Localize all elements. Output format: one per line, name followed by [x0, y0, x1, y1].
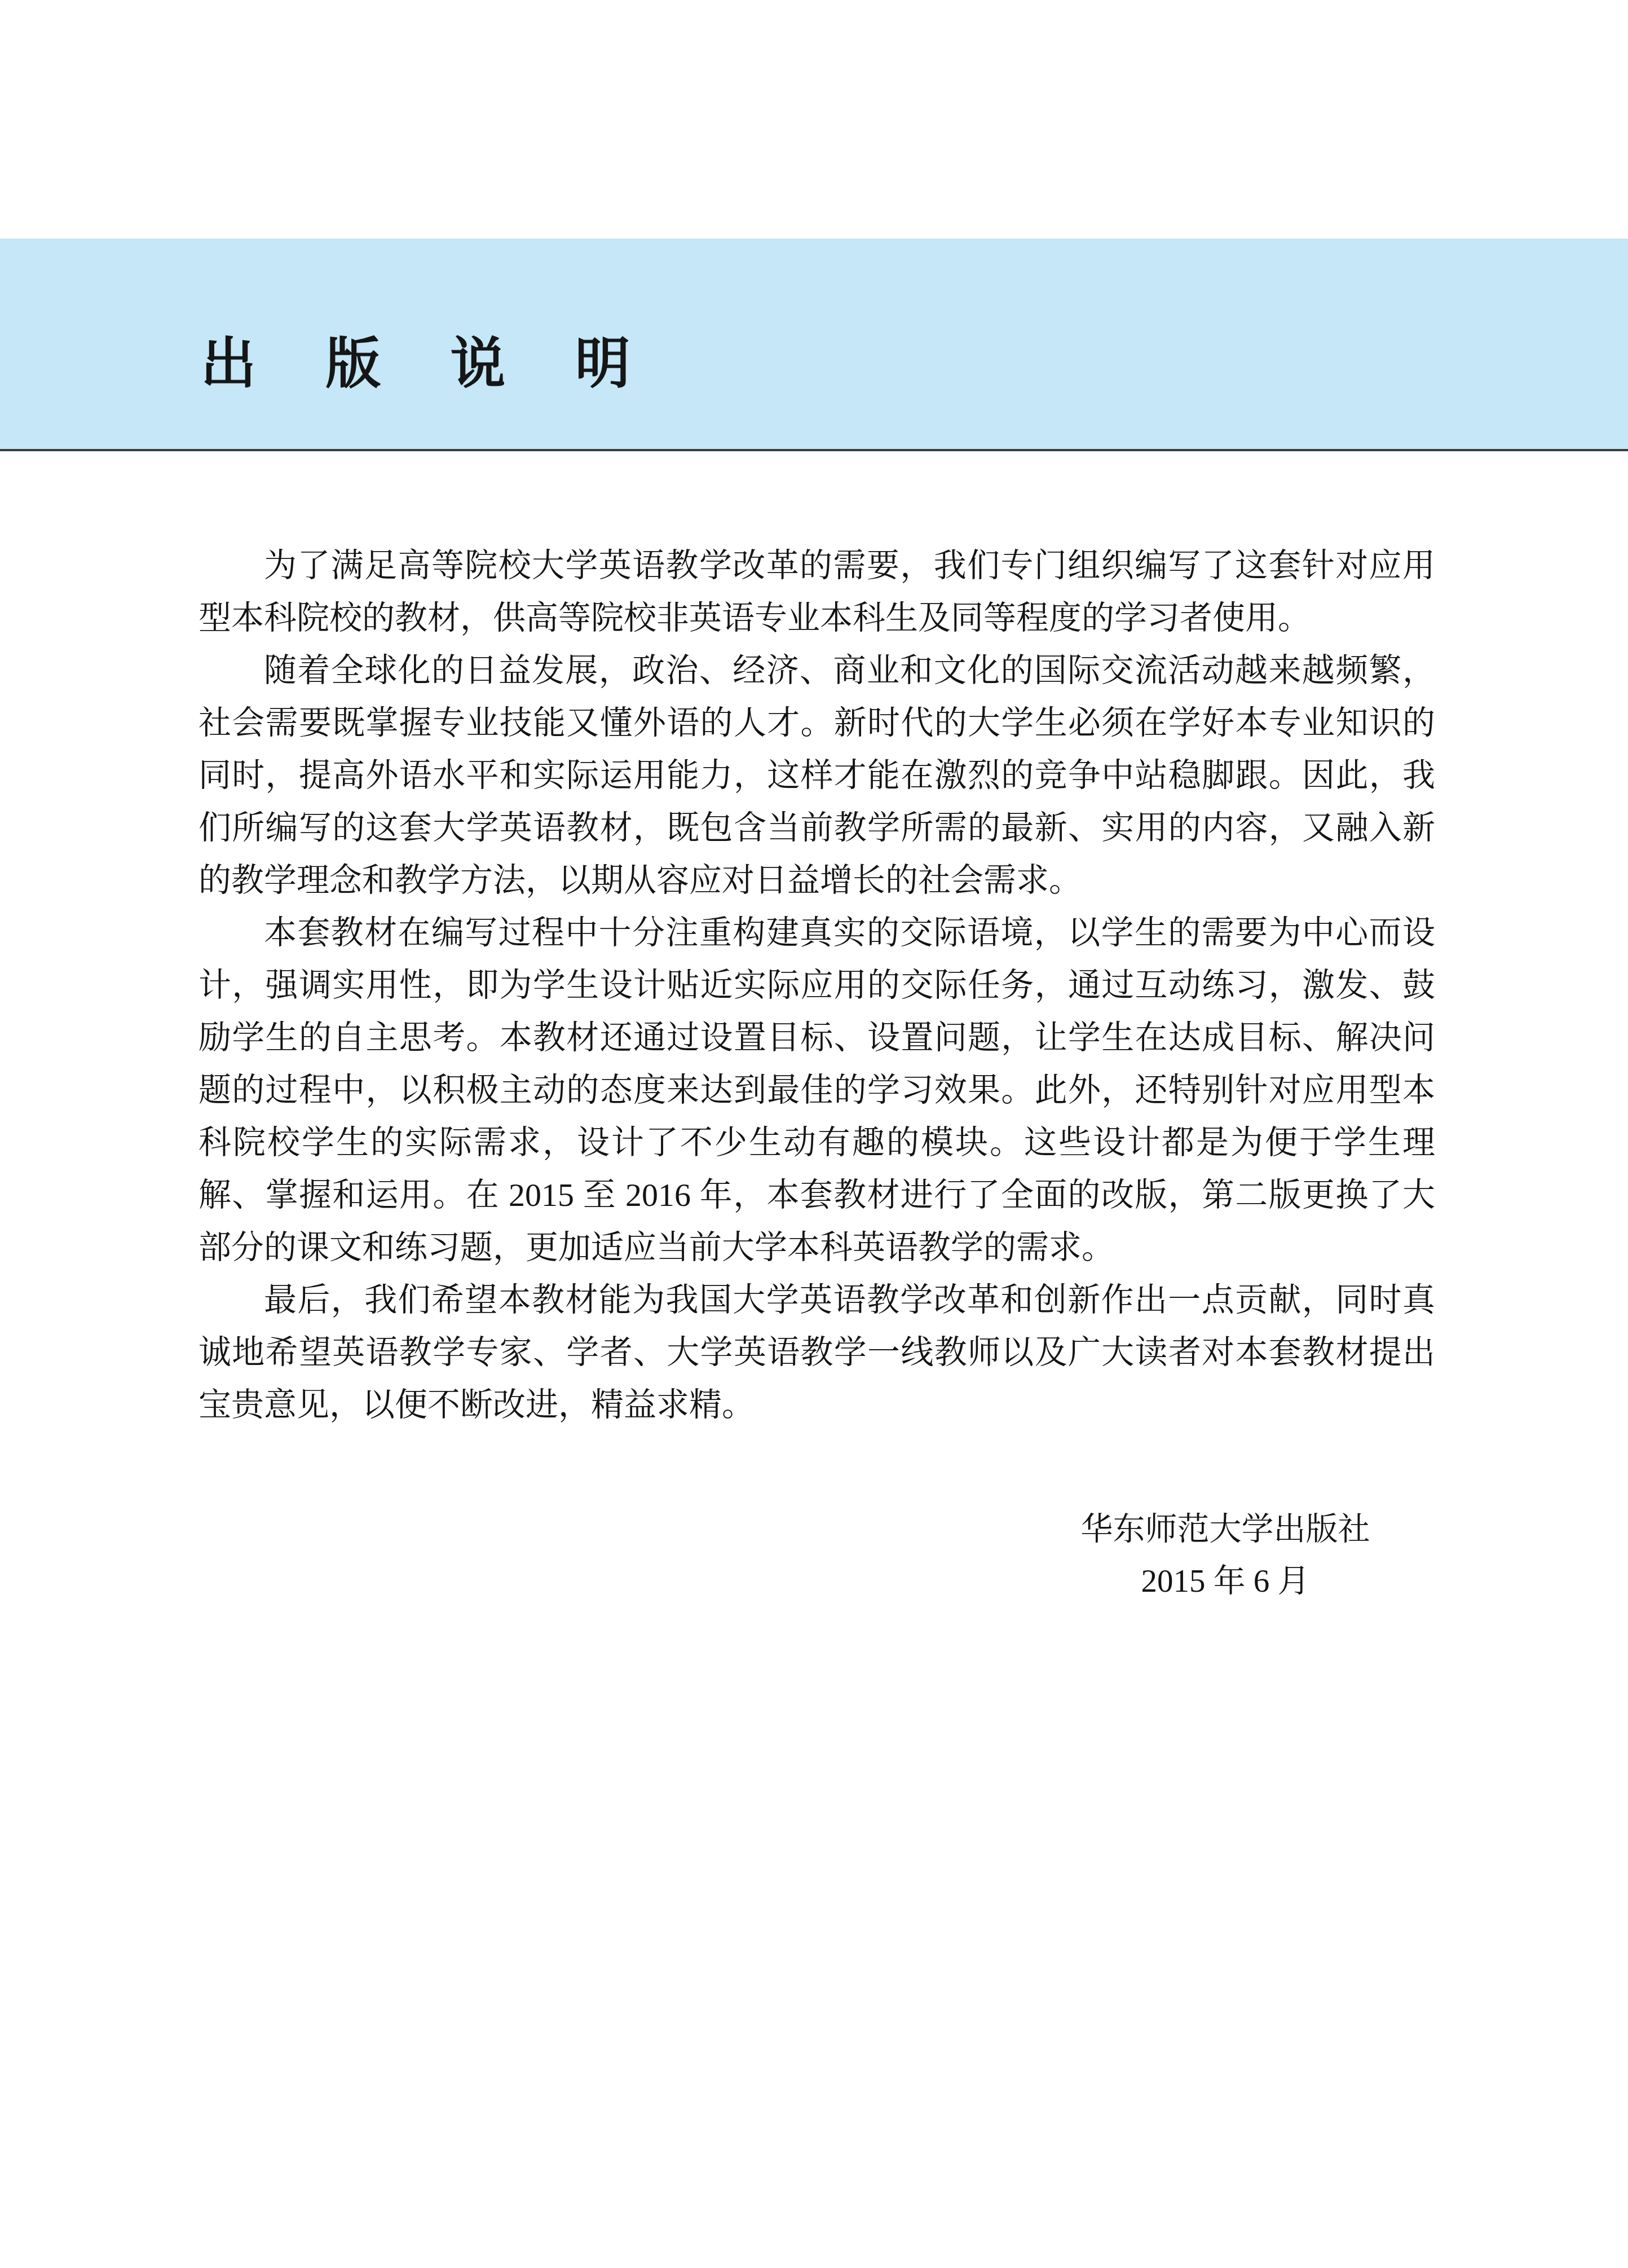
page-title: 出 版 说 明	[201, 333, 658, 394]
paragraph-3: 本套教材在编写过程中十分注重构建真实的交际语境，以学生的需要为中心而设计，强调实…	[198, 906, 1435, 1274]
title-band: 出 版 说 明	[0, 239, 1628, 451]
body-text: 为了满足高等院校大学英语教学改革的需要，我们专门组织编写了这套针对应用型本科院校…	[198, 539, 1435, 1431]
signature-block: 华东师范大学出版社 2015 年 6 月	[960, 1504, 1490, 1608]
publisher-name: 华东师范大学出版社	[960, 1504, 1490, 1556]
paragraph-1: 为了满足高等院校大学英语教学改革的需要，我们专门组织编写了这套针对应用型本科院校…	[198, 539, 1435, 644]
publication-date: 2015 年 6 月	[960, 1556, 1490, 1608]
paragraph-4: 最后，我们希望本教材能为我国大学英语教学改革和创新作出一点贡献，同时真诚地希望英…	[198, 1274, 1435, 1431]
paragraph-2: 随着全球化的日益发展，政治、经济、商业和文化的国际交流活动越来越频繁，社会需要既…	[198, 644, 1435, 906]
book-page: 出 版 说 明 为了满足高等院校大学英语教学改革的需要，我们专门组织编写了这套针…	[0, 0, 1628, 2268]
